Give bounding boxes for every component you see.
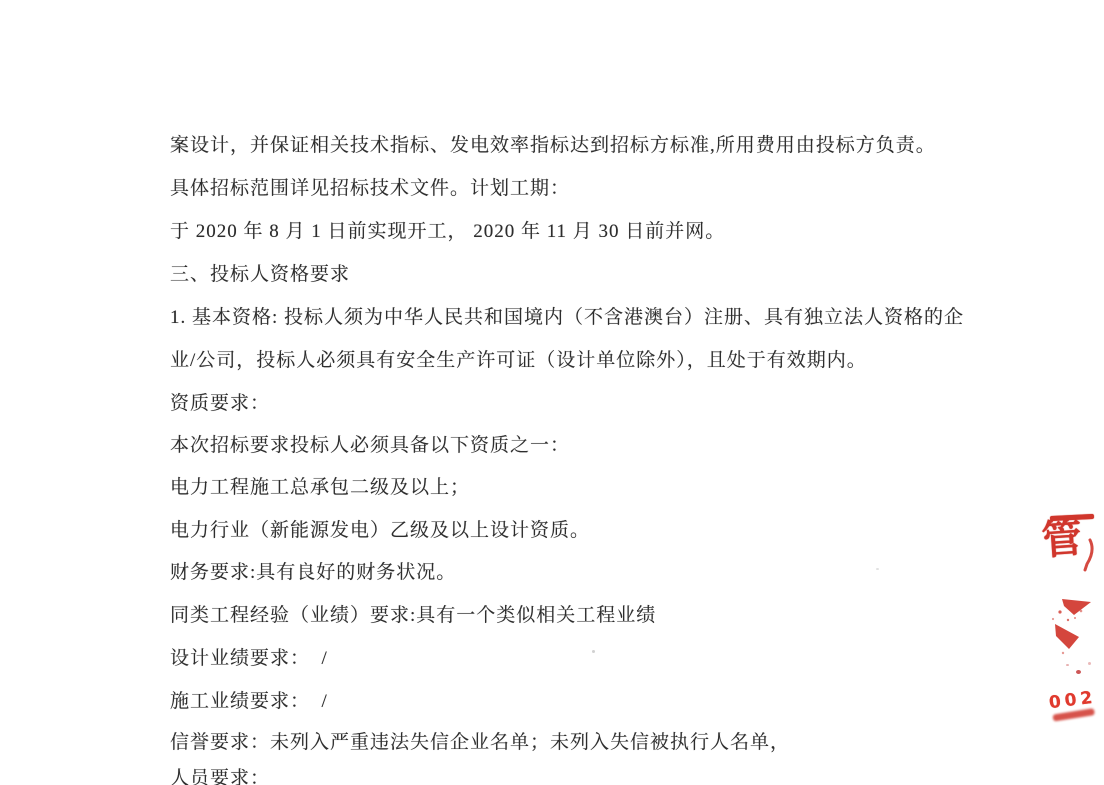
document-line: 具体招标范围详见招标技术文件。计划工期： (170, 173, 570, 200)
red-speck (1076, 670, 1081, 674)
document-line: 人员要求： (170, 763, 270, 785)
scan-noise-speck (592, 650, 595, 653)
red-ink-mark (1045, 593, 1097, 661)
document-section-heading: 三、投标人资格要求 (170, 259, 350, 286)
document-line: 设计业绩要求： / (170, 643, 328, 670)
page-number-stamp: 002 (1048, 689, 1104, 729)
document-line: 电力行业（新能源发电）乙级及以上设计资质。 (170, 515, 590, 542)
document-line: 施工业绩要求： / (170, 686, 328, 713)
document-line: 同类工程经验（业绩）要求:具有一个类似相关工程业绩 (170, 600, 656, 627)
document-line: 案设计，并保证相关技术指标、发电效率指标达到招标方标准,所用费用由投标方负责。 (170, 130, 936, 157)
red-speck (1066, 664, 1069, 666)
document-line: 信誉要求：未列入严重违法失信企业名单；未列入失信被执行人名单， (170, 727, 790, 754)
document-line: 电力工程施工总承包二级及以上； (170, 472, 470, 499)
scan-noise-speck (876, 568, 879, 570)
document-page: 案设计，并保证相关技术指标、发电效率指标达到招标方标准,所用费用由投标方负责。 … (0, 0, 1104, 785)
document-line: 业/公司，投标人必须具有安全生产许可证（设计单位除外），且处于有效期内。 (170, 345, 867, 372)
document-line: 资质要求： (170, 388, 270, 415)
red-seal-stamp: 管 (1042, 508, 1104, 588)
document-line: 财务要求:具有良好的财务状况。 (170, 557, 456, 584)
document-line: 于 2020 年 8 月 1 日前实现开工， 2020 年 11 月 30 日前… (170, 216, 725, 243)
seal-character: 管 (1041, 519, 1084, 562)
seal-tick-stroke (1082, 538, 1096, 572)
red-speck (1088, 662, 1091, 665)
document-line: 本次招标要求投标人必须具备以下资质之一： (170, 430, 570, 457)
document-line: 1. 基本资格: 投标人须为中华人民共和国境内（不含港澳台）注册、具有独立法人资… (170, 302, 964, 329)
